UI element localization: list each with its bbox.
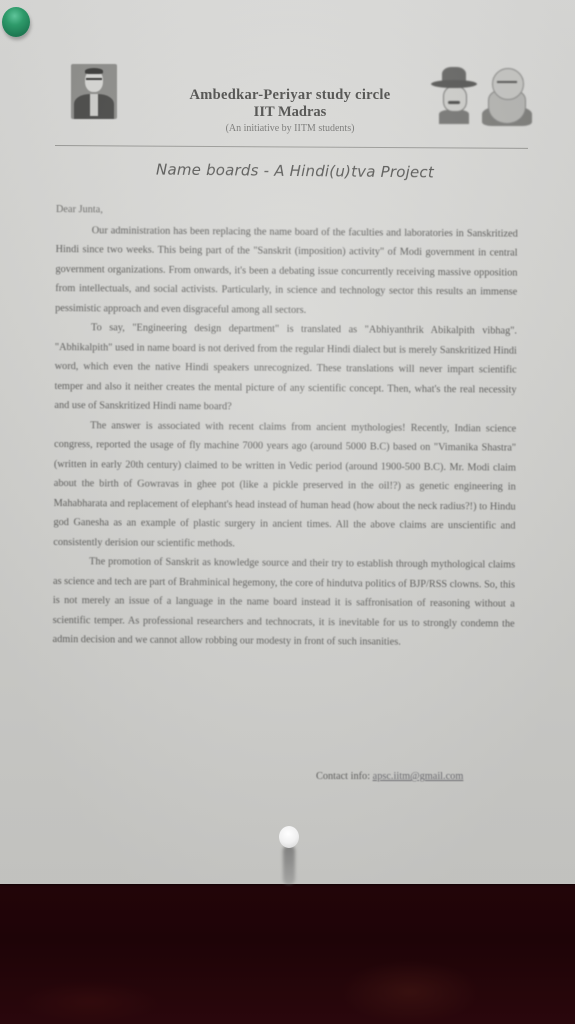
- white-pushpin-icon: [279, 826, 299, 848]
- contact-info: Contact info: apsc.iitm@gmail.com: [316, 771, 463, 782]
- wall-reflection: [340, 960, 480, 1024]
- org-name: Ambedkar-Periyar study circle: [150, 86, 430, 104]
- contact-email-link[interactable]: apsc.iitm@gmail.com: [373, 771, 464, 782]
- document-title: Name boards - A Hindi(u)tva Project: [100, 160, 490, 182]
- org-subtitle: (An initiative by IITM students): [150, 122, 430, 135]
- pin-shadow: [283, 845, 295, 885]
- portrait-photo-left-icon: [71, 64, 117, 119]
- wall-reflection: [20, 980, 160, 1024]
- header-divider: [55, 145, 528, 149]
- document-body: Dear Junta, Our administration has been …: [52, 200, 518, 653]
- paragraph: The promotion of Sanskrit as knowledge s…: [52, 552, 515, 653]
- green-pushpin-icon: [2, 7, 30, 37]
- sketch-portrait-hat-icon: [431, 64, 477, 124]
- letterhead: Ambedkar-Periyar study circle IIT Madras…: [150, 86, 430, 135]
- greeting: Dear Junta,: [56, 200, 518, 223]
- printed-notice-paper: Ambedkar-Periyar study circle IIT Madras…: [0, 0, 575, 884]
- photo-scene: Ambedkar-Periyar study circle IIT Madras…: [0, 0, 575, 1024]
- paragraph: The answer is associated with recent cla…: [53, 415, 516, 555]
- paragraph: To say, "Engineering design department" …: [54, 318, 517, 419]
- institution-name: IIT Madras: [150, 104, 430, 121]
- sketch-portrait-beard-icon: [482, 66, 532, 126]
- paragraph: Our administration has been replacing th…: [55, 220, 518, 321]
- contact-label: Contact info:: [316, 771, 370, 782]
